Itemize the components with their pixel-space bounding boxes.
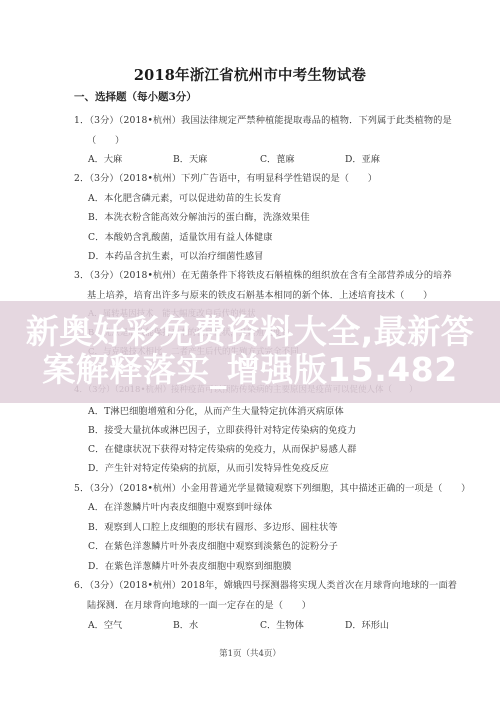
question-2-option-b: B．本洗衣粉含能高效分解油污的蛋白酶，洗涤效果佳 — [88, 209, 310, 223]
question-1-text-cont: （ ） — [87, 132, 124, 146]
exam-title: 2018年浙江省杭州市中考生物试卷 — [0, 64, 500, 85]
question-2-text: 2．（3分）（2018•杭州）下列广告语中，有明显科学性错误的是（ ） — [74, 170, 377, 184]
question-5-option-c: C．在紫色洋葱鳞片叶外表皮细胞中观察到淡紫色的淀粉分子 — [88, 538, 338, 552]
question-4-option-c: C．在健康状况下获得对特定传染病的免疫力，从而保护易感人群 — [88, 441, 357, 455]
question-2-option-d: D．本药品含抗生素，可以治疗细菌性感冒 — [88, 248, 264, 262]
question-2-option-c: C．本酸奶含乳酸菌，适量饮用有益人体健康 — [88, 229, 273, 243]
option-b: B．天麻 — [173, 151, 207, 165]
question-4-option-b: B．接受大量抗体或淋巴因子，立即获得针对特定传染病的免疫力 — [88, 422, 356, 436]
exam-page: 2018年浙江省杭州市中考生物试卷 一、选择题（每小题3分） 1．（3分）（20… — [0, 0, 500, 707]
question-5-text: 5．（3分）（2018•杭州）小金用普通光学显微镜观察下列细胞，其中描述正确的一… — [74, 480, 471, 494]
question-6-text-cont: 陆探测．在月球背向地球的一面一定存在的是（ ） — [87, 597, 311, 611]
question-2-option-a: A．本化肥含磷元素，可以促进幼苗的生长发育 — [88, 190, 282, 204]
question-5-option-a: A．在洋葱鳞片叶内表皮细胞中观察到叶绿体 — [88, 499, 272, 513]
option-a: A．空气 — [88, 617, 122, 631]
option-b: B．水 — [173, 617, 198, 631]
section-heading: 一、选择题（每小题3分） — [74, 89, 197, 104]
question-6-text: 6．（3分）（2018•杭州）2018年，嫦娥四号探测器将实现人类首次在月球背向… — [74, 577, 457, 591]
watermark-text-line-2: 案解释落实_增强版15.482 — [0, 344, 500, 391]
question-3-text: 3．（3分）（2018•杭州）在无菌条件下将铁皮石斛植株的组织放在含有全部营养成… — [74, 267, 452, 281]
question-4-option-d: D．产生针对特定传染病的抗原，从而引发特异性免疫反应 — [88, 460, 329, 474]
option-c: C．生物体 — [260, 617, 304, 631]
question-5-option-d: D．在紫色洋葱鳞片叶外表皮细胞中观察到细胞膜 — [88, 558, 292, 572]
option-d: D．亚麻 — [345, 151, 380, 165]
question-4-option-a: A．T淋巴细胞增殖和分化，从而产生大量特定抗体消灭病原体 — [88, 403, 344, 417]
option-d: D．环形山 — [345, 617, 389, 631]
page-footer: 第1页（共4页） — [0, 647, 500, 659]
question-3-text-cont: 基上培养，培育出许多与原来的铁皮石斛基本相同的新个体．上述培育技术（ ） — [87, 287, 433, 301]
question-5-option-b: B．观察到人口腔上皮细胞的形状有圆形、多边形、圆柱状等 — [88, 519, 338, 533]
question-1-text: 1．（3分）（2018•杭州）我国法律规定严禁种植能提取毒品的植物．下列属于此类… — [74, 112, 452, 126]
option-c: C．蓖麻 — [260, 151, 295, 165]
option-a: A．大麻 — [88, 151, 122, 165]
